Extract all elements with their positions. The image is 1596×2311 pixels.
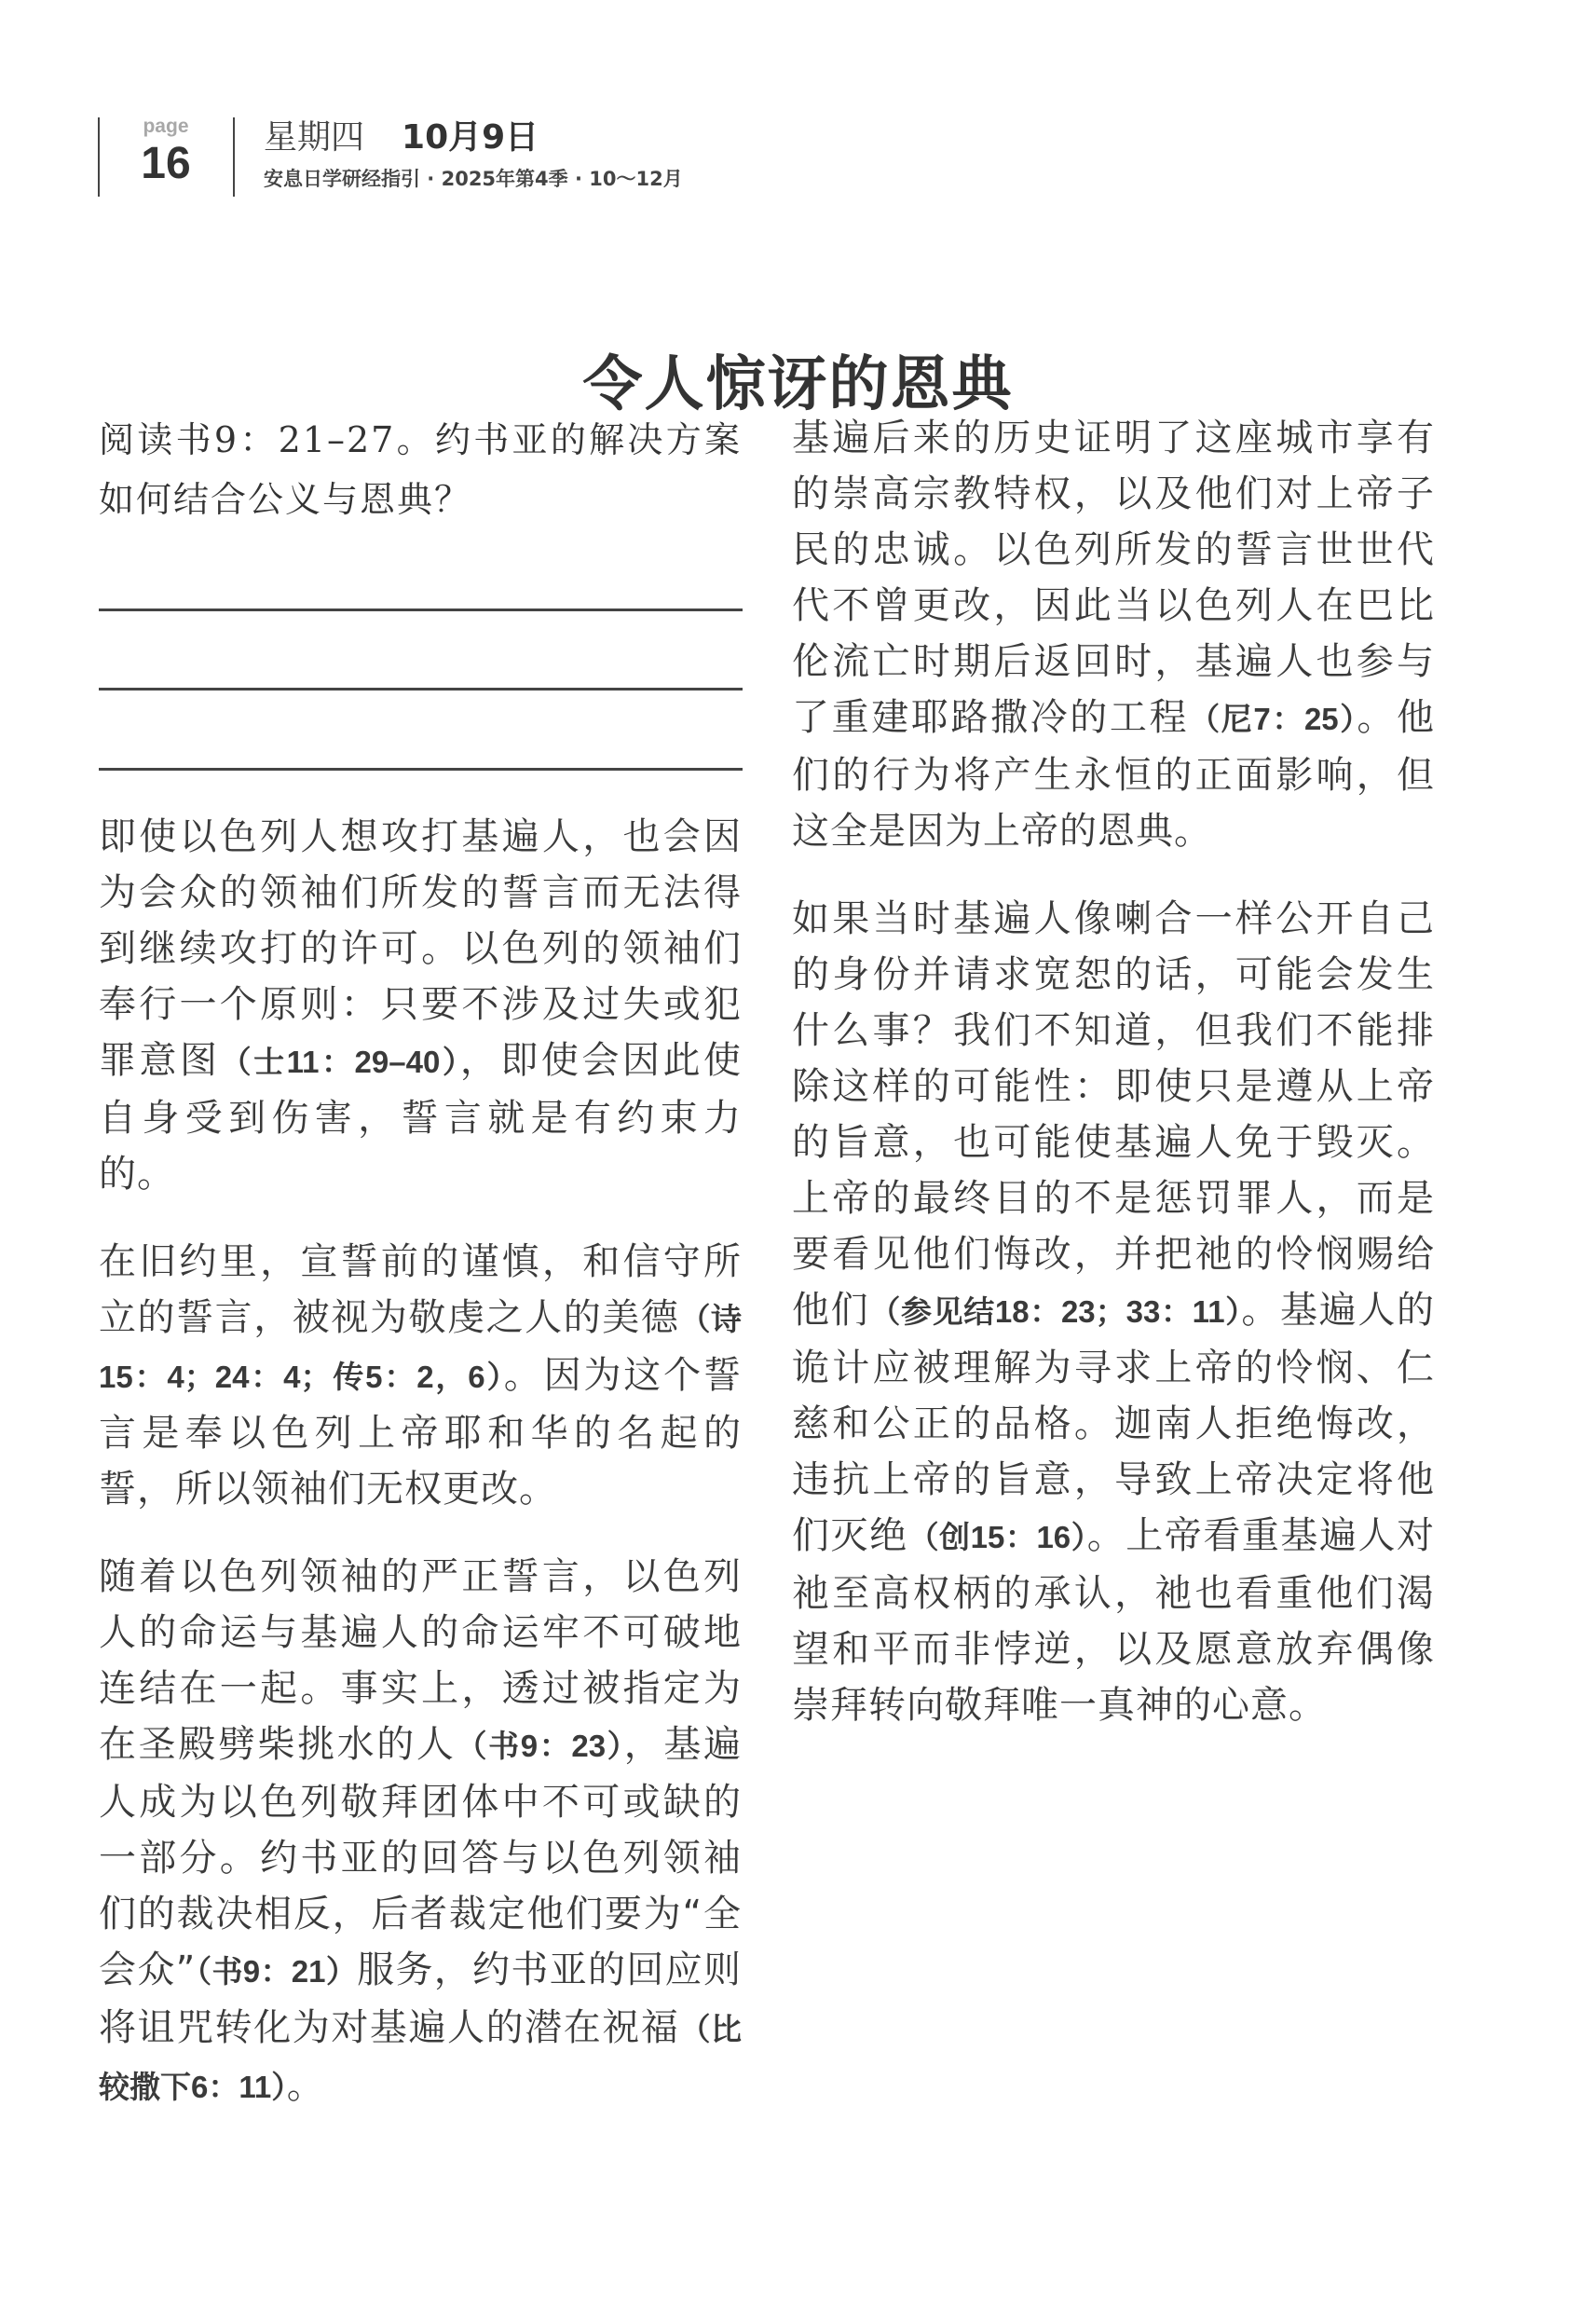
scripture-reference: （尼7：25） <box>1189 702 1357 736</box>
publication-subtitle: 安息日学研经指引 · 2025年第4季 · 10～12月 <box>264 164 683 192</box>
answer-line-1[interactable] <box>99 609 743 611</box>
paragraph: 基遍后来的历史证明了这座城市享有的崇高宗教特权，以及他们对上帝子民的忠诚。以色列… <box>792 410 1435 859</box>
header-divider-left <box>98 117 100 197</box>
page-header: page 16 星期四10月9日 安息日学研经指引 · 2025年第4季 · 1… <box>0 0 1596 214</box>
answer-line-2[interactable] <box>99 688 743 691</box>
answer-lines[interactable] <box>99 529 742 902</box>
paragraph-text: 在旧约里，宣誓前的谨慎，和信守所立的誓言，被视为敬虔之人的美德 <box>99 1240 742 1339</box>
page-label: page <box>119 116 212 138</box>
weekday: 星期四 <box>264 118 364 157</box>
date: 10月9日 <box>402 118 539 157</box>
left-column: 阅读书9：21–27。约书亚的解决方案如何结合公义与恩典？ 即使以色列人想攻打基… <box>99 410 742 2147</box>
left-paragraphs: 即使以色列人想攻打基遍人，也会因为会众的领袖们所发的誓言而无法得到继续攻打的许可… <box>99 809 742 2115</box>
right-column: 基遍后来的历史证明了这座城市享有的崇高宗教特权，以及他们对上帝子民的忠诚。以色列… <box>792 410 1435 1765</box>
paragraph-text: 。 <box>287 2064 325 2107</box>
scripture-reference: （书9：23） <box>457 1729 624 1763</box>
paragraph: 如果当时基遍人像喇合一样公开自己的身份并请求宽恕的话，可能会发生什么事？我们不知… <box>792 891 1435 1733</box>
paragraph-text: 如果当时基遍人像喇合一样公开自己的身份并请求宽恕的话，可能会发生什么事？我们不知… <box>792 897 1435 1332</box>
header-divider-right <box>233 117 235 197</box>
scripture-reference: （士11：29–40） <box>221 1045 460 1079</box>
answer-line-3[interactable] <box>99 768 743 771</box>
scripture-reference: （书9：21） <box>196 1954 357 1989</box>
study-question: 阅读书9：21–27。约书亚的解决方案如何结合公义与恩典？ <box>99 410 742 529</box>
day-date-line: 星期四10月9日 <box>264 119 539 157</box>
paragraph: 在旧约里，宣誓前的谨慎，和信守所立的誓言，被视为敬虔之人的美德（诗15：4；24… <box>99 1234 742 1517</box>
paragraph: 随着以色列领袖的严正誓言，以色列人的命运与基遍人的命运牢不可破地连结在一起。事实… <box>99 1549 742 2115</box>
scripture-reference: （创15：16） <box>908 1520 1087 1554</box>
right-paragraphs: 基遍后来的历史证明了这座城市享有的崇高宗教特权，以及他们对上帝子民的忠诚。以色列… <box>792 410 1435 1733</box>
scripture-reference: （参见结18：23；33：11） <box>869 1294 1241 1329</box>
paragraph-text: 基遍后来的历史证明了这座城市享有的崇高宗教特权，以及他们对上帝子民的忠诚。以色列… <box>792 417 1435 739</box>
page-number: 16 <box>119 142 212 186</box>
